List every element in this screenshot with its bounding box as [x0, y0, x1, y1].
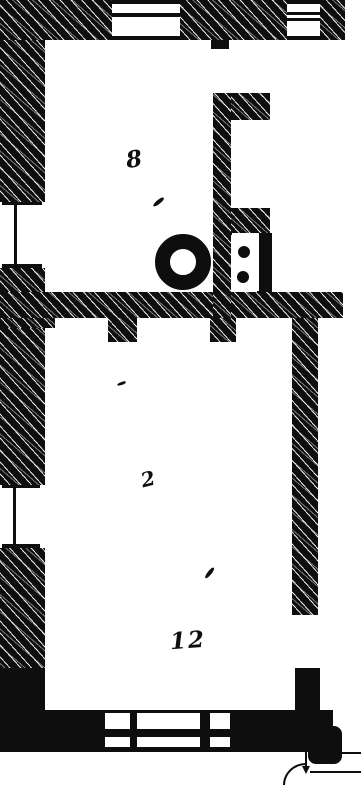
fixture-side-bar: [257, 233, 272, 292]
room-label-upper: 8: [124, 145, 144, 174]
window-glazing-line: [287, 12, 320, 15]
bottom-window-2: [137, 713, 200, 747]
window-mullion: [13, 488, 16, 544]
door-leaf: [308, 726, 342, 764]
top-window-right: [287, 0, 320, 40]
partition-wall: [0, 292, 343, 318]
bottom-window-3: [210, 713, 230, 747]
bottom-window-1: [105, 713, 130, 747]
top-wall-left-segment: [0, 0, 112, 40]
niche-arm-bottom: [231, 208, 270, 235]
top-wall-right-segment: [320, 0, 345, 40]
fixture-divider-gap: [257, 233, 259, 291]
room-label-lower: 12: [169, 626, 207, 655]
left-wall-segment-2: [0, 268, 45, 292]
threshold-line-upper: [338, 752, 361, 754]
window-glazing-line: [105, 729, 130, 737]
left-window-lower: [2, 485, 40, 548]
partition-tab-1: [108, 318, 137, 342]
round-stove: [155, 234, 211, 290]
top-wall-middle-segment: [180, 0, 287, 40]
left-wall-segment-4: [0, 548, 45, 680]
window-glazing-line: [287, 18, 320, 21]
room-label-middle: 2: [138, 466, 157, 493]
window-glazing-line: [137, 729, 200, 737]
fixture-dot-bottom: [237, 271, 249, 283]
partition-tab-2: [210, 318, 236, 342]
fixture-dot-top: [238, 246, 250, 258]
right-wall: [292, 318, 318, 615]
window-mullion: [14, 205, 17, 264]
floor-plan-canvas: 8 2 12: [0, 0, 361, 785]
ink-mark-dash: [117, 381, 126, 387]
top-wall-tab: [211, 40, 229, 49]
left-wall-segment-3: [0, 328, 45, 485]
top-window-left: [112, 0, 180, 40]
ink-mark-comma-2: [204, 567, 215, 580]
door-swing-arc: [283, 763, 306, 785]
left-window-upper: [2, 202, 42, 268]
niche-vertical-wall: [213, 93, 231, 318]
niche-arm-top: [231, 93, 270, 120]
fixture-panel: [232, 233, 257, 291]
ink-mark-comma-1: [152, 196, 165, 207]
window-glazing-line: [210, 729, 230, 737]
left-wall-segment-1: [0, 40, 45, 202]
window-glazing-line: [112, 13, 180, 17]
threshold-line-lower: [310, 771, 361, 773]
